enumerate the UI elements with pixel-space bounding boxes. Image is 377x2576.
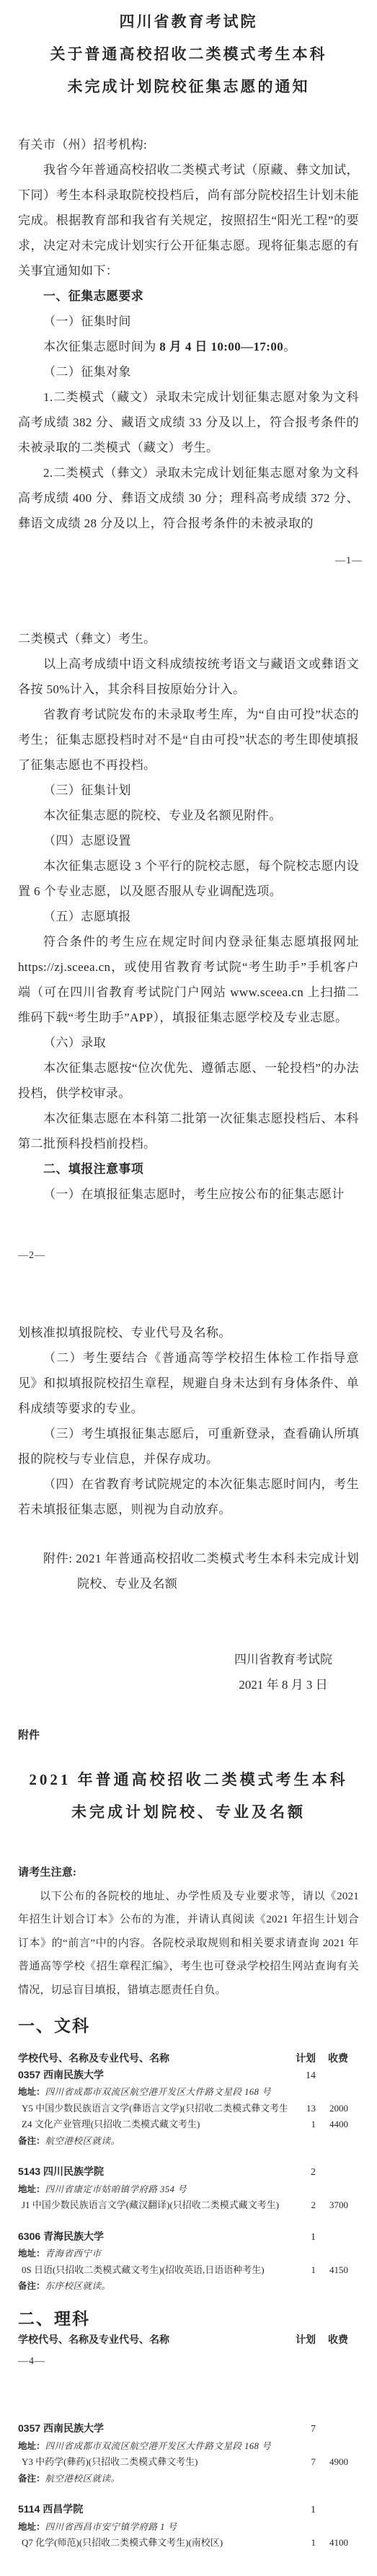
address-row: 地址：青海省西宁市 <box>18 2246 359 2262</box>
school-row: 0357 西南民族大学 14 <box>18 2067 359 2085</box>
address-value: 青海省西宁市 <box>45 2248 102 2259</box>
free-status-paragraph: 省教育考试院发布的未录取考生库，为“自由可投”状态的考生；征集志愿投档时对不是“… <box>18 702 359 778</box>
sub-heading-5: （五）志愿填报 <box>18 904 359 929</box>
sub-heading-1: （一）征集时间 <box>18 309 359 334</box>
science-table-header: 学校代号、名称及专业代号、名称 计划 收费 <box>18 2331 359 2348</box>
school-code-name: 0357 西南民族大学 <box>18 2420 287 2437</box>
note-label: 备注： <box>18 2474 45 2484</box>
major-name: Y5 中国少数民族语言文学(彝语言文学)(只招收二类模式彝文考生) <box>18 2101 287 2117</box>
liberal-arts-table: 学校代号、名称及专业代号、名称 计划 收费 0357 西南民族大学 14 地址：… <box>18 2050 359 2295</box>
object2-paragraph-part1: 2.二类模式（彝文）录取未完成计划征集志愿对象为文科高考成绩 400 分、彝语文… <box>18 460 359 536</box>
school-block: 5143 四川民族学院 2 地址：四川省康定市姑咱镇学府路 354 号 J1 中… <box>18 2163 359 2214</box>
major-plan: 1 <box>287 2116 316 2133</box>
address-label: 地址： <box>18 2248 45 2259</box>
major-name: Y3 中药学(彝药)(只招收二类模式彝文考生) <box>18 2454 287 2471</box>
column-header-name: 学校代号、名称及专业代号、名称 <box>18 2050 287 2067</box>
major-row: 0S 日语(只招收二类模式藏文考生)(招收英语,日语语种考生) 1 4150 <box>18 2262 359 2279</box>
school-block: 5114 西昌学院 1 地址：四川省西昌市安宁镇学府路 1 号 Q7 化学(师范… <box>18 2501 359 2551</box>
major-row: Q7 化学(师范)(只招收二类模式彝文考生)(南校区) 1 4100 <box>18 2535 359 2551</box>
object2-paragraph-part2: 二类模式（彝文）考生。 <box>18 626 359 651</box>
column-header-fee: 收费 <box>316 2331 359 2348</box>
page2-body: 二类模式（彝文）考生。 以上高考成绩中语文科成绩按统考语文与藏语文或彝语文各按 … <box>18 626 359 1207</box>
note1-paragraph-part2: 划核准拟填报院校、专业代号及名称。 <box>18 1320 359 1345</box>
school-plan: 7 <box>287 2422 316 2438</box>
object1-paragraph: 1.二类模式（藏文）录取未完成计划征集志愿对象为文科高考成绩 382 分、藏语文… <box>18 384 359 460</box>
column-header-plan: 计划 <box>287 2050 316 2067</box>
school-code-name: 5114 西昌学院 <box>18 2501 287 2518</box>
address-label: 地址： <box>18 2522 45 2532</box>
school-code-name: 6306 青海民族大学 <box>18 2228 287 2245</box>
page1-body: 有关市（州）招考机构: 我省今年普通高校招收二类模式考试（原藏、彝文加试，下同）… <box>18 132 359 536</box>
title-line-2: 关于普通高校招收二类模式考生本科 <box>18 38 359 71</box>
major-plan: 13 <box>287 2101 316 2117</box>
table-header-row: 学校代号、名称及专业代号、名称 计划 收费 <box>18 2050 359 2067</box>
address-value: 四川省西昌市安宁镇学府路 1 号 <box>45 2522 177 2532</box>
section2-heading: 二、填报注意事项 <box>18 1156 359 1182</box>
school-row: 5114 西昌学院 1 <box>18 2501 359 2519</box>
major-fee: 4900 <box>316 2454 359 2471</box>
time-value: 8 月 4 日 10:00—17:00 <box>159 340 283 353</box>
major-plan: 1 <box>287 2535 316 2551</box>
time-prefix: 本次征集志愿时间为 <box>43 340 159 353</box>
address-label: 地址： <box>18 2087 45 2097</box>
note-row: 备注：东序校区就读。 <box>18 2278 359 2295</box>
page3-body: 划核准拟填报院校、专业代号及名称。 （二）考生要结合《普通高等学校招生体检工作指… <box>18 1320 359 1522</box>
major-row: Y5 中国少数民族语言文学(彝语言文学)(只招收二类模式彝文考生) 13 200… <box>18 2101 359 2117</box>
address-value: 四川省康定市姑咱镇学府路 354 号 <box>45 2184 187 2194</box>
section1-heading: 一、征集志愿要求 <box>18 283 359 309</box>
column-header-plan: 计划 <box>287 2331 316 2348</box>
attachment-reference-text: 附件: 2021 年普通高校招收二类模式考生本科未完成计划院校、专业及名额 <box>77 1546 359 1596</box>
sign-date: 2021 年 8 月 3 日 <box>204 1672 363 1697</box>
candidate-notice: 请考生注意: 以下公布的各院校的地址、办学性质及专业要求等，请以《2021 年招… <box>18 1861 359 2002</box>
school-plan: 1 <box>287 2502 316 2519</box>
column-header-name: 学校代号、名称及专业代号、名称 <box>18 2331 287 2348</box>
note-value: 航空港校区就读。 <box>45 2474 120 2484</box>
school-row: 0357 西南民族大学 7 <box>18 2420 359 2438</box>
address-row: 地址：四川省成都市双流区航空港开发区大件路文星段 168 号 <box>18 2084 359 2101</box>
note4-paragraph: （四）在省教育考试院规定的本次征集志愿时间内，考生若未填报征集志愿，则视为自动放… <box>18 1472 359 1522</box>
intro-paragraph: 我省今年普通高校招收二类模式考试（原藏、彝文加试，下同）考生本科录取院校投档后，… <box>18 157 359 283</box>
attachment-title: 2021 年普通高校招收二类模式考生本科 未完成计划院校、专业及名额 <box>18 1764 359 1829</box>
fill-paragraph: 符合条件的考生应在规定时间内登录征集志愿填报网址 https://zj.scee… <box>18 929 359 1030</box>
note-row: 备注：航空港校区就读。 <box>18 2133 359 2150</box>
title-line-3: 未完成计划院校征集志愿的通知 <box>18 71 359 103</box>
note-label: 备注： <box>18 2281 45 2291</box>
address-label: 地址： <box>18 2441 45 2451</box>
table-header-row: 学校代号、名称及专业代号、名称 计划 收费 <box>18 2331 359 2348</box>
major-name: J1 中国少数民族语言文学(藏汉翻译)(只招收二类模式藏文考生) <box>18 2197 287 2214</box>
major-plan: 1 <box>287 2262 316 2279</box>
admission-paragraph-1: 本次征集志愿按“位次优先、遵循志愿、一轮投档”的办法投档，供学校审录。 <box>18 1055 359 1106</box>
school-code-name: 0357 西南民族大学 <box>18 2067 287 2083</box>
section-heading-liberal-arts: 一、文科 <box>18 2013 90 2036</box>
admission-paragraph-2: 本次征集志愿在本科第二批第一次征集志愿投档后、本科第二批预科投档前投档。 <box>18 1106 359 1156</box>
major-row: Z4 文化产业管理(只招收二类模式藏文考生) 1 4400 <box>18 2116 359 2133</box>
score-rule-paragraph: 以上高考成绩中语文科成绩按统考语文与藏语文或彝语文各按 50%计入，其余科目按原… <box>18 651 359 702</box>
attachment-label: 附件 <box>18 1727 40 1742</box>
science-table: 0357 西南民族大学 7 地址：四川省成都市双流区航空港开发区大件路文星段 1… <box>18 2420 359 2551</box>
candidate-notice-body: 以下公布的各院校的地址、办学性质及专业要求等，请以《2021 年招生计划合订本》… <box>18 1885 359 2003</box>
major-plan: 2 <box>287 2197 316 2214</box>
address-row: 地址：四川省成都市双流区航空港开发区大件路文星段 168 号 <box>18 2438 359 2455</box>
address-value: 四川省成都市双流区航空港开发区大件路文星段 168 号 <box>45 2441 272 2451</box>
note-value: 航空港校区就读。 <box>45 2136 120 2146</box>
document-title: 四川省教育考试院 关于普通高校招收二类模式考生本科 未完成计划院校征集志愿的通知 <box>18 6 359 103</box>
major-fee: 4400 <box>316 2116 359 2133</box>
setting-paragraph: 本次征集志愿设 3 个平行的院校志愿，每个院校志愿内设置 6 个专业志愿，以及愿… <box>18 853 359 904</box>
column-header-fee: 收费 <box>316 2050 359 2067</box>
major-fee: 2000 <box>316 2101 359 2117</box>
school-plan: 2 <box>287 2165 316 2181</box>
major-name: Q7 化学(师范)(只招收二类模式彝文考生)(南校区) <box>18 2535 287 2551</box>
candidate-notice-title: 请考生注意: <box>18 1861 359 1885</box>
major-plan: 7 <box>287 2454 316 2471</box>
attachment-title-line-1: 2021 年普通高校招收二类模式考生本科 <box>18 1764 359 1796</box>
school-code-name: 5143 四川民族学院 <box>18 2163 287 2180</box>
collection-time-line: 本次征集志愿时间为 8 月 4 日 10:00—17:00。 <box>18 334 359 359</box>
section-heading-science: 二、理科 <box>18 2305 90 2329</box>
school-plan: 14 <box>287 2068 316 2085</box>
address-label: 地址： <box>18 2184 45 2194</box>
page-number-2: —2— <box>18 1250 45 1262</box>
note2-paragraph: （二）考生要结合《普通高等学校招生体检工作指导意见》和拟填报院校招生章程，规避自… <box>18 1345 359 1421</box>
signature-block: 四川省教育考试院 2021 年 8 月 3 日 <box>204 1647 363 1697</box>
major-row: J1 中国少数民族语言文学(藏汉翻译)(只招收二类模式藏文考生) 2 3700 <box>18 2197 359 2214</box>
document-page: 四川省教育考试院 关于普通高校招收二类模式考生本科 未完成计划院校征集志愿的通知… <box>0 0 377 2576</box>
major-name: Z4 文化产业管理(只招收二类模式藏文考生) <box>18 2116 287 2133</box>
signer-name: 四川省教育考试院 <box>204 1647 363 1672</box>
note-row: 备注：航空港校区就读。 <box>18 2471 359 2487</box>
note-value: 东序校区就读。 <box>45 2281 111 2291</box>
school-block: 0357 西南民族大学 14 地址：四川省成都市双流区航空港开发区大件路文星段 … <box>18 2067 359 2150</box>
major-fee: 4100 <box>316 2535 359 2551</box>
major-name: 0S 日语(只招收二类模式藏文考生)(招收英语,日语语种考生) <box>18 2262 287 2279</box>
note1-paragraph-part1: （一）在填报征集志愿时，考生应按公布的征集志愿计 <box>18 1182 359 1207</box>
school-plan: 1 <box>287 2230 316 2246</box>
salutation: 有关市（州）招考机构: <box>18 132 359 157</box>
address-row: 地址：四川省西昌市安宁镇学府路 1 号 <box>18 2519 359 2536</box>
sub-heading-4: （四）志愿设置 <box>18 828 359 853</box>
major-fee: 3700 <box>316 2197 359 2214</box>
note-label: 备注： <box>18 2136 45 2146</box>
school-block: 0357 西南民族大学 7 地址：四川省成都市双流区航空港开发区大件路文星段 1… <box>18 2420 359 2487</box>
plan-paragraph: 本次征集志愿的院校、专业及名额见附件。 <box>18 803 359 828</box>
major-fee: 4150 <box>316 2262 359 2279</box>
sub-heading-3: （三）征集计划 <box>18 778 359 803</box>
sub-heading-6: （六）录取 <box>18 1030 359 1055</box>
school-row: 6306 青海民族大学 1 <box>18 2228 359 2246</box>
title-line-1: 四川省教育考试院 <box>18 6 359 38</box>
attachment-title-line-2: 未完成计划院校、专业及名额 <box>18 1796 359 1829</box>
school-block: 6306 青海民族大学 1 地址：青海省西宁市 0S 日语(只招收二类模式藏文考… <box>18 2228 359 2295</box>
time-suffix: 。 <box>283 340 296 353</box>
page-number-1: —1— <box>335 555 363 567</box>
note3-paragraph: （三）考生填报征集志愿后，可重新登录，查看确认所填报的院校与专业信息，并保存成功… <box>18 1421 359 1472</box>
address-row: 地址：四川省康定市姑咱镇学府路 354 号 <box>18 2181 359 2198</box>
attachment-reference: 附件: 2021 年普通高校招收二类模式考生本科未完成计划院校、专业及名额 <box>18 1546 359 1596</box>
major-row: Y3 中药学(彝药)(只招收二类模式彝文考生) 7 4900 <box>18 2454 359 2471</box>
sub-heading-2: （二）征集对象 <box>18 359 359 384</box>
school-row: 5143 四川民族学院 2 <box>18 2163 359 2181</box>
page-number-4: —4— <box>18 2356 45 2368</box>
address-value: 四川省成都市双流区航空港开发区大件路文星段 168 号 <box>45 2087 272 2097</box>
